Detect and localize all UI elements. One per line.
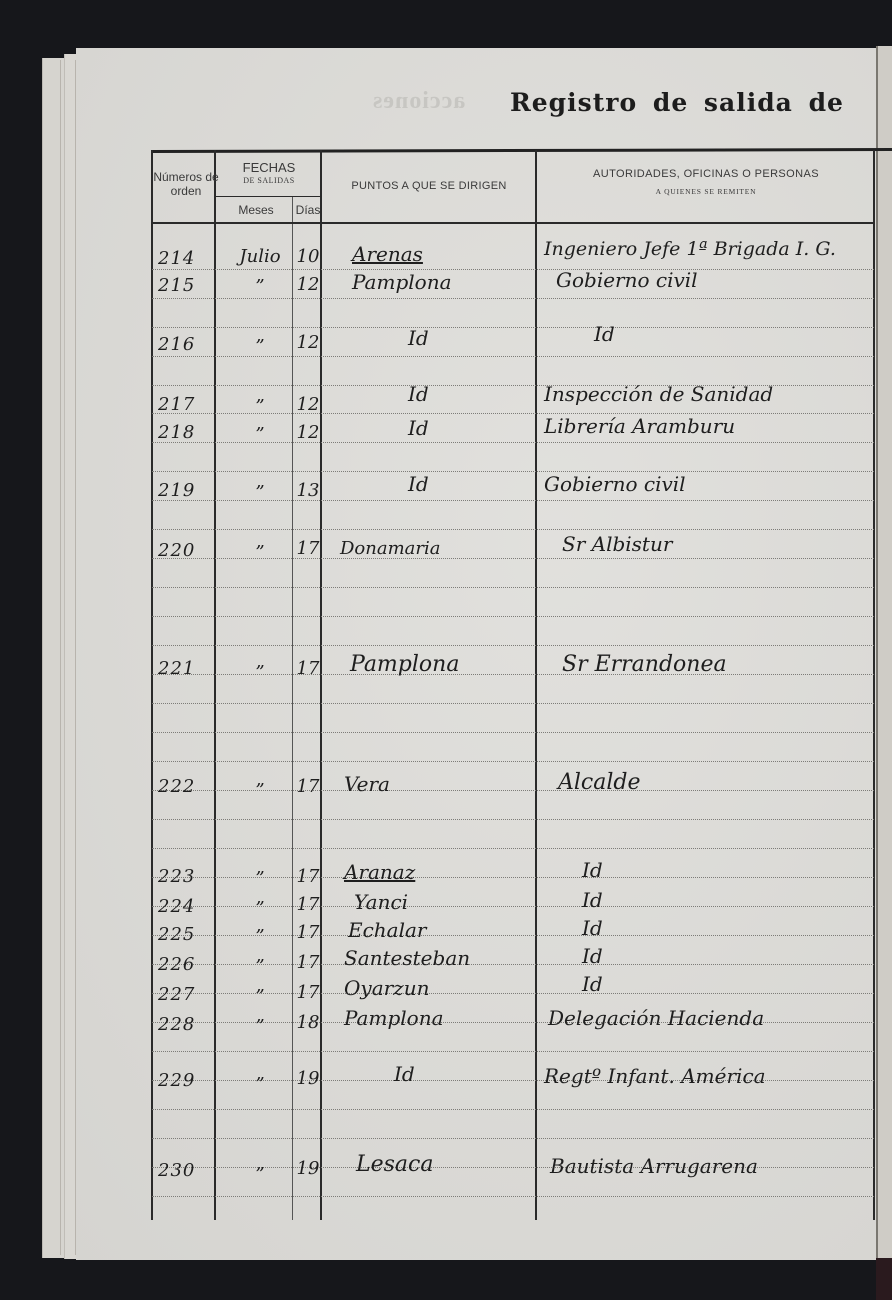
entry-recipient: Id <box>594 324 615 344</box>
entry-recipient: Id <box>582 918 603 938</box>
entry-recipient: Id <box>582 974 603 994</box>
entry-day: 17 <box>294 924 322 942</box>
entry-destination: Id <box>394 1064 415 1084</box>
entry-month: ” <box>230 664 290 682</box>
entry-month: ” <box>230 278 290 296</box>
header-fechas: FECHAS DE SALIDAS <box>216 160 322 185</box>
entry-recipient: Gobierno civil <box>544 474 686 494</box>
entry-recipient: Librería Aramburu <box>544 416 735 436</box>
entry-month: ” <box>230 484 290 502</box>
col-divider-meses <box>292 196 293 1220</box>
entry-month: ” <box>230 928 290 946</box>
entry-number: 227 <box>158 986 195 1004</box>
entry-month: ” <box>230 1166 290 1184</box>
entry-month: ” <box>230 1076 290 1094</box>
entry-recipient: Sr Albistur <box>562 534 672 554</box>
entry-day: 17 <box>294 778 322 796</box>
entry-number: 214 <box>158 250 195 268</box>
entry-day: 18 <box>294 1014 322 1032</box>
entry-recipient: Ingeniero Jefe 1ª Brigada I. G. <box>544 240 836 259</box>
ruled-line <box>152 529 874 530</box>
entry-recipient: Id <box>582 946 603 966</box>
entry-destination: Pamplona <box>350 654 459 676</box>
entry-recipient: Bautista Arrugarena <box>550 1156 758 1176</box>
ruled-line <box>152 819 874 820</box>
facing-page-edge <box>876 46 892 1260</box>
entry-destination: Echalar <box>348 920 427 940</box>
ruled-line <box>152 848 874 849</box>
entry-destination: Id <box>408 328 429 348</box>
entry-destination: Id <box>408 418 429 438</box>
entry-day: 13 <box>294 482 322 500</box>
entry-recipient: Id <box>582 890 603 910</box>
entry-day: 17 <box>294 540 322 558</box>
entry-month: Julio <box>230 248 290 266</box>
entry-destination: Id <box>408 384 429 404</box>
entry-recipient: Gobierno civil <box>556 270 698 290</box>
entry-destination: Pamplona <box>352 272 452 292</box>
page-title: Registro de salida de <box>510 88 844 117</box>
col-divider-dias <box>320 150 322 1220</box>
entry-day: 10 <box>294 248 322 266</box>
entry-day: 12 <box>294 334 322 352</box>
entry-recipient: Alcalde <box>558 772 641 794</box>
entry-number: 223 <box>158 868 195 886</box>
entry-month: ” <box>230 1018 290 1036</box>
col-divider-puntos <box>535 150 537 1220</box>
entry-day: 19 <box>294 1160 322 1178</box>
table-right-border <box>873 150 875 1220</box>
ruled-line <box>152 327 874 328</box>
header-autoridades-sub: A QUIENES SE REMITEN <box>536 187 876 196</box>
entry-day: 17 <box>294 660 322 678</box>
ruled-line <box>152 1051 874 1052</box>
ruled-line <box>152 761 874 762</box>
entry-number: 225 <box>158 926 195 944</box>
entry-destination: Santesteban <box>344 948 470 968</box>
entry-month: ” <box>230 782 290 800</box>
entry-day: 19 <box>294 1070 322 1088</box>
bleed-through-title: acciones <box>372 88 465 115</box>
entry-destination: Id <box>408 474 429 494</box>
entry-number: 221 <box>158 660 195 678</box>
entry-month: ” <box>230 988 290 1006</box>
entry-destination: Yanci <box>354 892 408 912</box>
entry-month: ” <box>230 958 290 976</box>
ruled-line <box>152 1138 874 1139</box>
entry-number: 228 <box>158 1016 195 1034</box>
page-edge-lines <box>60 60 76 1255</box>
entry-number: 220 <box>158 542 195 560</box>
entry-day: 12 <box>294 424 322 442</box>
header-bottom-rule <box>152 222 874 224</box>
ruled-line <box>152 616 874 617</box>
entry-day: 17 <box>294 954 322 972</box>
entry-number: 226 <box>158 956 195 974</box>
entry-month: ” <box>230 398 290 416</box>
header-numeros-de-orden: Números de orden <box>152 170 220 199</box>
entry-destination: Oyarzun <box>344 978 429 998</box>
entry-recipient: Delegación Hacienda <box>548 1008 764 1028</box>
entry-destination: Pamplona <box>344 1008 444 1028</box>
entry-day: 17 <box>294 896 322 914</box>
entry-month: ” <box>230 870 290 888</box>
ruled-line <box>152 732 874 733</box>
ruled-line <box>152 1196 874 1197</box>
binding-shadow <box>876 1258 892 1300</box>
entry-destination: Donamaria <box>340 540 441 558</box>
header-autoridades-label: AUTORIDADES, OFICINAS O PERSONAS <box>593 168 819 180</box>
header-autoridades: AUTORIDADES, OFICINAS O PERSONAS A QUIEN… <box>536 168 876 196</box>
entry-number: 218 <box>158 424 195 442</box>
entry-recipient: Sr Errandonea <box>562 654 727 676</box>
entry-number: 216 <box>158 336 195 354</box>
entry-destination: Arenas <box>352 244 423 264</box>
entry-day: 17 <box>294 868 322 886</box>
ruled-line <box>152 587 874 588</box>
entry-number: 219 <box>158 482 195 500</box>
entry-number: 222 <box>158 778 195 796</box>
entry-destination: Aranaz <box>344 862 415 882</box>
entry-day: 12 <box>294 396 322 414</box>
entry-recipient: Inspección de Sanidad <box>544 384 773 404</box>
header-meses: Meses <box>216 203 296 217</box>
ruled-line <box>152 1109 874 1110</box>
entry-number: 230 <box>158 1162 195 1180</box>
table-left-border <box>151 150 153 1220</box>
entry-number: 217 <box>158 396 195 414</box>
entry-month: ” <box>230 426 290 444</box>
entry-day: 12 <box>294 276 322 294</box>
entry-number: 224 <box>158 898 195 916</box>
entry-destination: Lesaca <box>356 1154 433 1176</box>
entry-number: 215 <box>158 277 195 295</box>
entry-month: ” <box>230 338 290 356</box>
entry-month: ” <box>230 900 290 918</box>
ruled-line <box>152 471 874 472</box>
entry-recipient: Regtº Infant. América <box>544 1066 766 1086</box>
ruled-line <box>152 645 874 646</box>
col-divider-num <box>214 150 216 1220</box>
entry-day: 17 <box>294 984 322 1002</box>
entry-number: 229 <box>158 1072 195 1090</box>
header-fechas-label: FECHAS <box>216 160 322 176</box>
header-puntos: PUNTOS A QUE SE DIRIGEN <box>322 180 536 193</box>
entry-month: ” <box>230 544 290 562</box>
fechas-subheader-rule <box>214 196 322 197</box>
ruled-line <box>152 703 874 704</box>
ruled-line <box>152 298 874 299</box>
header-dias: Días <box>294 203 322 217</box>
entry-destination: Vera <box>344 774 390 794</box>
header-fechas-sub: DE SALIDAS <box>216 176 322 186</box>
entry-recipient: Id <box>582 860 603 880</box>
ruled-line <box>152 269 874 270</box>
